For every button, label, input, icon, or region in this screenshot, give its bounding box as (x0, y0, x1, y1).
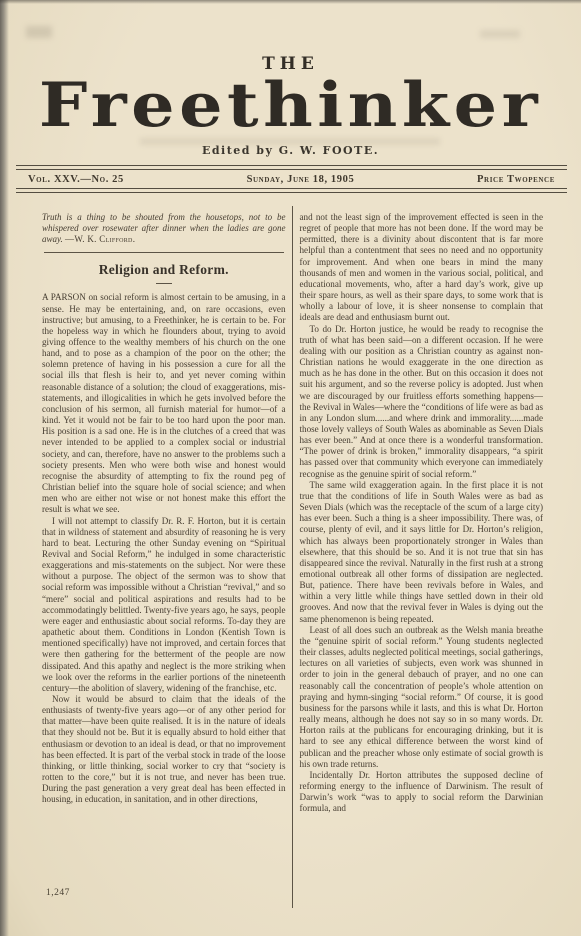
paper-smudge (480, 30, 520, 38)
article-paragraph: Least of all does such an outbreak as th… (300, 625, 544, 770)
newspaper-page: THE Freethinker Edited by G. W. FOOTE. V… (0, 0, 581, 936)
title-ornament (156, 283, 172, 284)
issue-bar: Vol. XXV.—No. 25 Sunday, June 18, 1905 P… (16, 170, 567, 188)
article-paragraph: Now it would be absurd to claim that the… (42, 694, 286, 806)
left-column: Truth is a thing to be shouted from the … (42, 206, 292, 908)
issue-bar-section: Vol. XXV.—No. 25 Sunday, June 18, 1905 P… (16, 165, 567, 193)
article-body: Truth is a thing to be shouted from the … (42, 206, 543, 908)
article-paragraph: I will not attempt to classify Dr. R. F.… (42, 516, 286, 695)
article-paragraph: The same wild exaggeration again. In the… (300, 480, 544, 625)
masthead: THE Freethinker Edited by G. W. FOOTE. (0, 0, 581, 157)
right-column: and not the least sign of the improvemen… (292, 206, 544, 908)
page-top-shadow (0, 0, 581, 4)
page-edge-shadow (0, 0, 9, 936)
article-paragraph: and not the least sign of the improvemen… (300, 212, 544, 324)
article-paragraph: To do Dr. Horton justice, he would be re… (300, 324, 544, 480)
volume-number: Vol. XXV.—No. 25 (28, 174, 124, 185)
epigraph-attribution: —W. K. Clifford. (65, 234, 135, 244)
article-title: Religion and Reform. (42, 262, 286, 278)
issue-date: Sunday, June 18, 1905 (247, 174, 355, 185)
price-label: Price Twopence (477, 174, 555, 185)
epigraph: Truth is a thing to be shouted from the … (42, 212, 286, 245)
masthead-title: Freethinker (0, 75, 581, 137)
page-number: 1,247 (46, 888, 70, 898)
article-paragraph: A PARSON on social reform is almost cert… (42, 292, 286, 515)
edited-by-line: Edited by G. W. FOOTE. (0, 144, 581, 157)
article-paragraph: Incidentally Dr. Horton attributes the s… (300, 770, 544, 815)
double-rule-bottom (16, 188, 567, 193)
epigraph-divider-rule (44, 252, 284, 253)
paper-smudge (26, 26, 52, 38)
